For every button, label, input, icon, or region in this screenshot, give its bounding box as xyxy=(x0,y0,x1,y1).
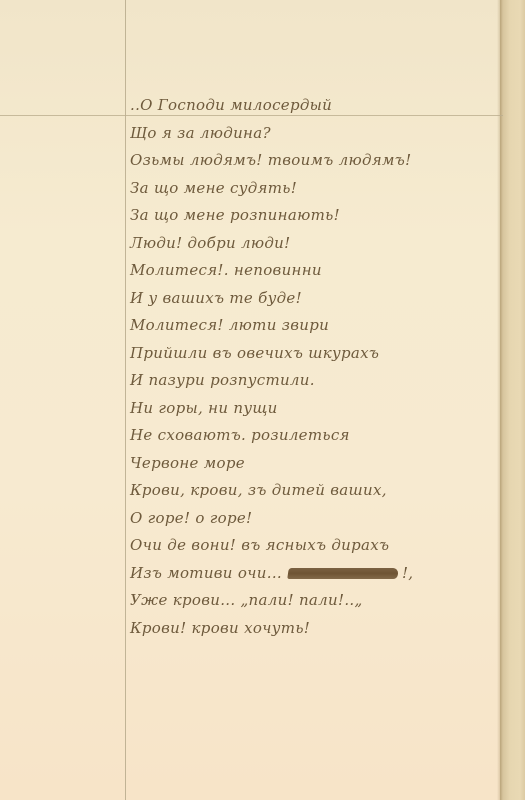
manuscript-line-redacted: Изъ мотиви очи...!, xyxy=(130,560,500,588)
manuscript-line: Ни горы, ни пущи xyxy=(130,395,500,423)
manuscript-line-title: ..О Господи милосердый xyxy=(130,92,500,120)
manuscript-line: Очи де вони! въ ясныхъ дирахъ xyxy=(130,532,500,560)
manuscript-line: За що мене судять! xyxy=(130,175,500,203)
manuscript-line: Крови, крови, зъ дитей ваших, xyxy=(130,477,500,505)
manuscript-line: Крови! крови хочуть! xyxy=(130,615,500,643)
manuscript-line-text: Изъ мотиви очи... xyxy=(130,564,282,582)
handwritten-text-block: ..О Господи милосердый Що я за людина? О… xyxy=(130,92,500,642)
manuscript-line: Люди! добри люди! xyxy=(130,230,500,258)
manuscript-line: И пазури розпустили. xyxy=(130,367,500,395)
manuscript-line: Не сховаютъ. розилеться xyxy=(130,422,500,450)
manuscript-line: Уже крови... „пали! пали!..„ xyxy=(130,587,500,615)
manuscript-line: Червоне море xyxy=(130,450,500,478)
next-page-edge xyxy=(500,0,525,800)
manuscript-line: Озьмы людямъ! твоимъ людямъ! xyxy=(130,147,500,175)
manuscript-line: Прийшли въ овечихъ шкурахъ xyxy=(130,340,500,368)
manuscript-line: Що я за людина? xyxy=(130,120,500,148)
ink-blot-redaction xyxy=(287,568,399,579)
manuscript-line: Молитеся! люти звири xyxy=(130,312,500,340)
manuscript-line: О горе! о горе! xyxy=(130,505,500,533)
manuscript-line: Молитеся!. неповинни xyxy=(130,257,500,285)
manuscript-line: И у вашихъ те буде! xyxy=(130,285,500,313)
manuscript-line: За що мене розпинають! xyxy=(130,202,500,230)
margin-rule xyxy=(125,0,126,800)
redacted-line-tail: !, xyxy=(402,564,413,582)
